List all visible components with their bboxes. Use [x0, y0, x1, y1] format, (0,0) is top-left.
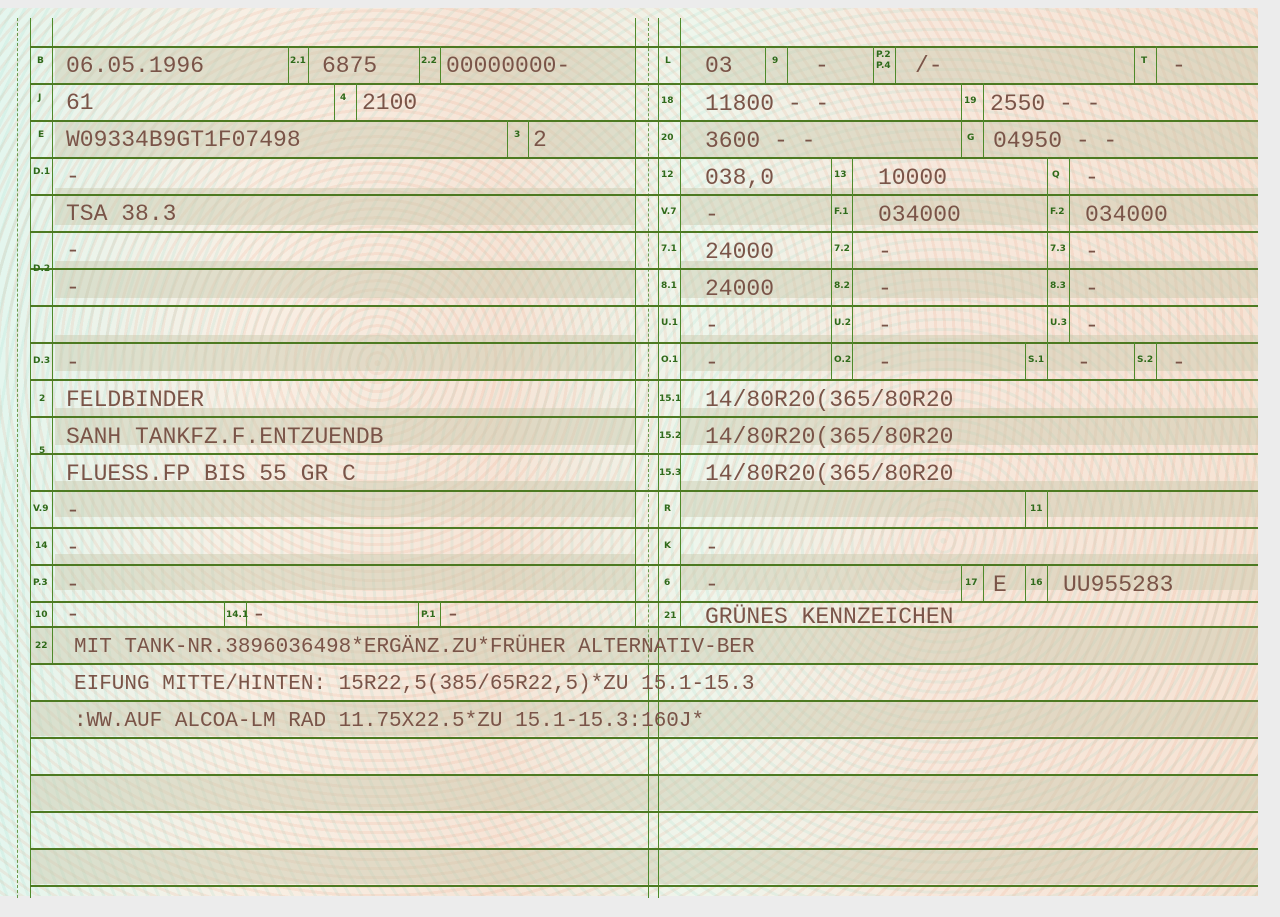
field-p2-p4-power: /- [915, 54, 943, 78]
field-label-d2: D.2 [33, 264, 50, 274]
field-3-check-digit: 2 [533, 128, 547, 152]
field-2-2-type-code: 00000000- [446, 54, 570, 78]
field-15-3-tires: 14/80R20(365/80R20 [705, 462, 953, 486]
field-d2-line-2: - [66, 276, 80, 300]
field-label-13: 13 [834, 170, 847, 180]
field-label-s1: S.1 [1028, 355, 1044, 365]
field-g-empty-mass: 04950 - - [993, 129, 1117, 153]
field-label-q: Q [1052, 170, 1060, 180]
field-7-1-axle-load: 24000 [705, 240, 774, 264]
field-f2-permitted-mass: 034000 [1085, 203, 1168, 227]
field-label-2: 2 [39, 394, 45, 404]
field-2-1-manufacturer-code: 6875 [322, 54, 377, 78]
field-u2-rpm: - [878, 314, 892, 338]
field-label-u2: U.2 [834, 318, 851, 328]
field-label-4: 4 [340, 93, 346, 103]
field-19-width: 2550 - - [990, 92, 1100, 116]
field-label-12: 12 [661, 170, 674, 180]
field-label-2-1: 2.1 [290, 56, 306, 66]
field-label-14-1: 14.1 [226, 610, 248, 620]
field-label-16: 16 [1030, 578, 1043, 588]
field-label-8-1: 8.1 [661, 281, 677, 291]
field-16-document-number: UU955283 [1063, 573, 1173, 597]
field-label-15-3: 15.3 [659, 468, 681, 478]
field-label-j: J [38, 93, 41, 103]
field-8-1-axle-load: 24000 [705, 277, 774, 301]
field-u1-noise: - [705, 314, 719, 338]
field-d1-type: TSA 38.3 [66, 202, 176, 226]
field-f1-max-mass: 034000 [878, 203, 961, 227]
field-label-p3: P.3 [33, 578, 48, 588]
field-label-d3: D.3 [33, 356, 50, 366]
field-5-line-1: SANH TANKFZ.F.ENTZUENDB [66, 425, 383, 449]
field-label-2-2: 2.2 [421, 56, 437, 66]
field-4-body-type: 2100 [362, 91, 417, 115]
field-label-k: K [664, 541, 671, 551]
field-label-r: R [664, 504, 671, 514]
field-label-p2: P.2 [876, 50, 891, 60]
field-2-manufacturer: FELDBINDER [66, 388, 204, 412]
field-label-u1: U.1 [661, 318, 678, 328]
field-label-6: 6 [664, 578, 670, 588]
registration-document: B 06.05.1996 2.1 6875 2.2 00000000- J 61… [0, 8, 1258, 896]
field-o1-trailer-braked: - [705, 351, 719, 375]
field-d2-line-1: - [66, 239, 80, 263]
field-label-14: 14 [35, 541, 48, 551]
remarks-line-3: :WW.AUF ALCOA-LM RAD 11.75X22.5*ZU 15.1-… [74, 710, 704, 734]
field-20-height: 3600 - - [705, 129, 815, 153]
remarks-line-1: MIT TANK-NR.3896036498*ERGÄNZ.ZU*FRÜHER … [74, 636, 755, 660]
field-10-code: - [66, 603, 80, 627]
field-label-b: B [37, 56, 44, 66]
field-p1-displacement: - [446, 603, 460, 627]
field-label-7-1: 7.1 [661, 244, 677, 254]
field-9-driven-axles: - [815, 54, 829, 78]
field-label-8-2: 8.2 [834, 281, 850, 291]
field-label-19: 19 [964, 96, 977, 106]
field-s2-standing: - [1172, 351, 1186, 375]
field-e-vin: W09334B9GT1F07498 [66, 128, 301, 152]
field-label-9: 9 [772, 56, 778, 66]
field-label-15-2: 15.2 [659, 431, 681, 441]
field-t-max-speed: - [1172, 54, 1186, 78]
field-label-22: 22 [35, 641, 48, 651]
field-d1-make: - [66, 165, 80, 189]
field-14-emission-key: - [66, 536, 80, 560]
field-label-o2: O.2 [834, 355, 851, 365]
field-6-approval-date: - [705, 573, 719, 597]
field-label-15-1: 15.1 [659, 394, 681, 404]
field-o2-trailer-unbraked: - [878, 351, 892, 375]
field-q-power-weight: - [1085, 166, 1099, 190]
field-label-21: 21 [664, 611, 677, 621]
field-u3-drive-noise: - [1085, 314, 1099, 338]
field-8-3-axle-load: - [1085, 277, 1099, 301]
field-label-18: 18 [661, 96, 674, 106]
field-14-1-code: - [252, 603, 266, 627]
field-15-1-tires: 14/80R20(365/80R20 [705, 388, 953, 412]
field-j-vehicle-class: 61 [66, 91, 94, 115]
field-label-8-3: 8.3 [1050, 281, 1066, 291]
field-label-17: 17 [965, 578, 978, 588]
field-label-3: 3 [514, 130, 520, 140]
field-label-d1: D.1 [33, 167, 50, 177]
field-label-s2: S.2 [1137, 355, 1153, 365]
field-label-10: 10 [35, 610, 48, 620]
field-label-v7: V.7 [661, 207, 677, 217]
field-label-p4: P.4 [876, 61, 891, 71]
field-21-plate-note: GRÜNES KENNZEICHEN [705, 605, 953, 629]
field-label-7-3: 7.3 [1050, 244, 1066, 254]
field-label-5: 5 [39, 446, 45, 456]
field-label-u3: U.3 [1050, 318, 1067, 328]
field-l-axles: 03 [705, 54, 733, 78]
field-label-v9: V.9 [33, 504, 49, 514]
field-label-11: 11 [1030, 504, 1043, 514]
field-d3-trade-name: - [66, 351, 80, 375]
field-label-g: G [967, 133, 974, 143]
field-v9-emission-class: - [66, 499, 80, 523]
field-label-o1: O.1 [661, 355, 678, 365]
field-15-2-tires: 14/80R20(365/80R20 [705, 425, 953, 449]
field-label-f2: F.2 [1050, 207, 1065, 217]
field-label-l: L [665, 56, 671, 66]
remarks-line-2: EIFUNG MITTE/HINTEN: 15R22,5(385/65R22,5… [74, 673, 755, 697]
field-17-code: E [993, 573, 1007, 597]
field-p3-fuel-type: - [66, 573, 80, 597]
field-5-line-2: FLUESS.FP BIS 55 GR C [66, 462, 356, 486]
field-12-tank-volume: 038,0 [705, 166, 774, 190]
field-k-type-approval: - [705, 536, 719, 560]
field-label-e: E [38, 130, 44, 140]
field-8-2-axle-load: - [878, 277, 892, 301]
field-7-3-axle-load: - [1085, 240, 1099, 264]
field-label-20: 20 [661, 133, 674, 143]
field-18-length: 11800 - - [705, 92, 829, 116]
field-7-2-axle-load: - [878, 240, 892, 264]
field-label-f1: F.1 [834, 207, 849, 217]
field-label-7-2: 7.2 [834, 244, 850, 254]
field-label-p1: P.1 [421, 610, 436, 620]
field-label-t: T [1141, 56, 1147, 66]
field-b-first-registration: 06.05.1996 [66, 54, 204, 78]
field-s1-seats: - [1077, 351, 1091, 375]
field-v7-co2: - [705, 203, 719, 227]
field-13-support-load: 10000 [878, 166, 947, 190]
